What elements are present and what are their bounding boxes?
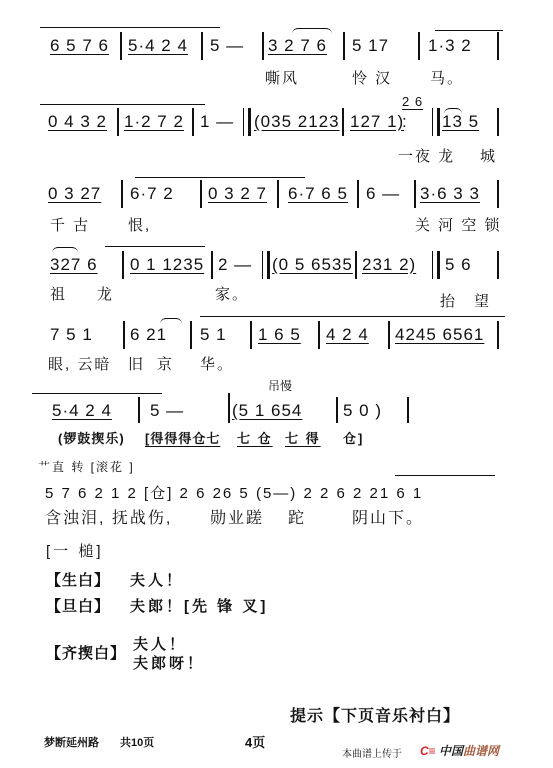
barline [120, 32, 122, 60]
repeat-end [432, 251, 440, 279]
barline [336, 397, 338, 423]
barline [497, 321, 499, 349]
measure: (5 1 654 [232, 401, 302, 421]
measure: 5 17 [352, 36, 389, 56]
lyric: 一夜 龙 [398, 145, 455, 166]
measure: 5·4 2 4 [128, 36, 188, 56]
percussion: 仓] [343, 428, 364, 447]
lyric: 京 [157, 353, 174, 374]
speech-line: 夫人！ [133, 633, 187, 654]
measure: 1 — [200, 112, 234, 132]
page-number: 4页 [245, 732, 265, 751]
next-page-hint: 提示【下页音乐衬白】 [290, 703, 460, 726]
measure: 4245 6561 [395, 325, 484, 345]
lyric: 含浊泪, 抚战伤, [45, 505, 172, 528]
barline [117, 108, 119, 136]
measure: 5 1 [200, 325, 227, 345]
phrase-slur [40, 104, 205, 105]
barline [250, 321, 252, 349]
lyric: 马。 [430, 67, 464, 88]
lyric: 恨, [128, 214, 151, 235]
lyric: 勋业蹉 [210, 505, 264, 528]
measure: 1 6 5 [258, 325, 301, 345]
barline [318, 321, 320, 349]
upload-label: 本曲谱上传于 [342, 745, 402, 760]
barline [200, 180, 202, 208]
role-label: 【齐揳白】 [46, 642, 126, 663]
logo-text-a: 中国 [439, 744, 463, 758]
lyric: 阴山下。 [352, 505, 424, 528]
barline [201, 32, 203, 60]
barline [414, 180, 416, 208]
measure: 5 6 [445, 255, 472, 275]
measure: 7 5 1 [50, 325, 93, 345]
barline [497, 108, 499, 136]
tempo-marking: 吊慢 [268, 377, 292, 394]
barline [497, 251, 499, 279]
measure: 327 6 [50, 255, 98, 275]
barline [228, 393, 230, 423]
barline [262, 32, 264, 60]
cue: [一 槌] [46, 540, 104, 561]
logo-text-b: 曲谱网 [463, 744, 499, 758]
measure: 5·4 2 4 [52, 401, 112, 421]
barline [192, 108, 194, 136]
lyric: 华。 [200, 353, 234, 374]
measure: 1·3 2 [428, 36, 472, 56]
measure: 5 — [210, 36, 244, 56]
barline [122, 251, 124, 279]
barline [277, 180, 279, 208]
barline [355, 251, 357, 279]
lyric: 家。 [215, 283, 249, 304]
speech-line: 夫郎！[先 锋 叉] [130, 595, 268, 616]
phrase-slur [395, 475, 495, 476]
lyric: 望 [474, 290, 491, 311]
measure-free: 5 7 6 2 1 2 [仓] 2 6 26 5 (5—) 2 2 6 2 21… [45, 482, 423, 503]
lyric: 抬 [440, 290, 457, 311]
barline [343, 32, 345, 60]
section-marking: 艹直 转 [滚花 ] [38, 458, 135, 475]
score-title: 梦断延州路 [44, 734, 99, 750]
role-label: 【生白】 [46, 569, 110, 590]
phrase-slur [135, 177, 305, 178]
barline [211, 251, 213, 279]
measure: 4 2 4 [326, 325, 369, 345]
measure: 1·2 7 2 [124, 112, 184, 132]
percussion: 七 仓 [237, 428, 273, 447]
phrase-slur [32, 393, 162, 394]
barline [497, 32, 499, 60]
measure: 6·7 2 [130, 184, 174, 204]
measure: 0 3 2 7 [208, 184, 267, 204]
logo-icon: C≡ [420, 744, 436, 758]
lyric: 旧 [128, 353, 145, 374]
measure: 231 2) [362, 255, 416, 275]
measure: 6 21 [130, 325, 167, 345]
lyric: 龙 [97, 283, 114, 304]
lyric: 嘶风 [265, 67, 299, 88]
measure: 3·6 3 3 [420, 184, 480, 204]
barline [357, 180, 359, 208]
phrase-slur [105, 246, 205, 247]
lyric: 关 河 空 锁 [415, 214, 502, 235]
measure: 0 4 3 2 [48, 112, 107, 132]
measure: (035 2123 [254, 112, 340, 132]
site-logo[interactable]: C≡ 中国曲谱网 [420, 742, 499, 759]
repeat-dots: : [402, 112, 408, 132]
barline [388, 321, 390, 349]
measure: 6 5 7 6 [50, 36, 109, 56]
barline [418, 32, 420, 60]
measure: 5 — [150, 401, 184, 421]
measure: (0 5 6535 [272, 255, 353, 275]
barline [121, 180, 123, 208]
lyric: 眼, 云暗 [48, 353, 111, 374]
slur [52, 247, 78, 253]
measure: 5 0 ) [343, 401, 382, 421]
barline [407, 397, 409, 423]
measure: 0 3 27 [48, 184, 101, 204]
repeat-end [432, 108, 440, 136]
barline [342, 108, 344, 136]
speech-line: 夫郎呀！ [133, 652, 205, 673]
speech-line: 夫人！ [130, 569, 184, 590]
lyric: 城 [480, 145, 497, 166]
barline [497, 180, 499, 208]
role-label: 【旦白】 [46, 595, 110, 616]
percussion: [得得得仓七 [145, 428, 220, 447]
lyric: 跎 [288, 505, 306, 528]
lyric: 祖 [50, 283, 67, 304]
barline [190, 321, 192, 349]
repeat-start [262, 251, 270, 279]
percussion: 七 得 [285, 428, 321, 447]
slur [160, 318, 182, 324]
measure: 127 1) [350, 112, 404, 132]
measure: 13 5 [442, 112, 479, 132]
barline [123, 321, 125, 349]
phrase-slur [40, 27, 220, 28]
alt-notes: 2 6 [402, 94, 423, 109]
lyric: 怜 汉 [352, 67, 392, 88]
total-pages: 共10页 [120, 734, 154, 750]
phrase-slur [200, 316, 505, 317]
lyric: 千 古 [50, 214, 90, 235]
barline [138, 397, 140, 423]
measure: 3 2 7 6 [268, 36, 327, 56]
phrase-slur [435, 30, 503, 31]
slur [292, 28, 332, 35]
repeat-start [243, 108, 251, 136]
measure: 6 — [366, 184, 400, 204]
percussion: (锣鼓揳乐) [58, 428, 125, 447]
measure: 0 1 1235 [130, 255, 204, 275]
measure: 6·7 6 5 [288, 184, 348, 204]
measure: 2 — [218, 255, 252, 275]
